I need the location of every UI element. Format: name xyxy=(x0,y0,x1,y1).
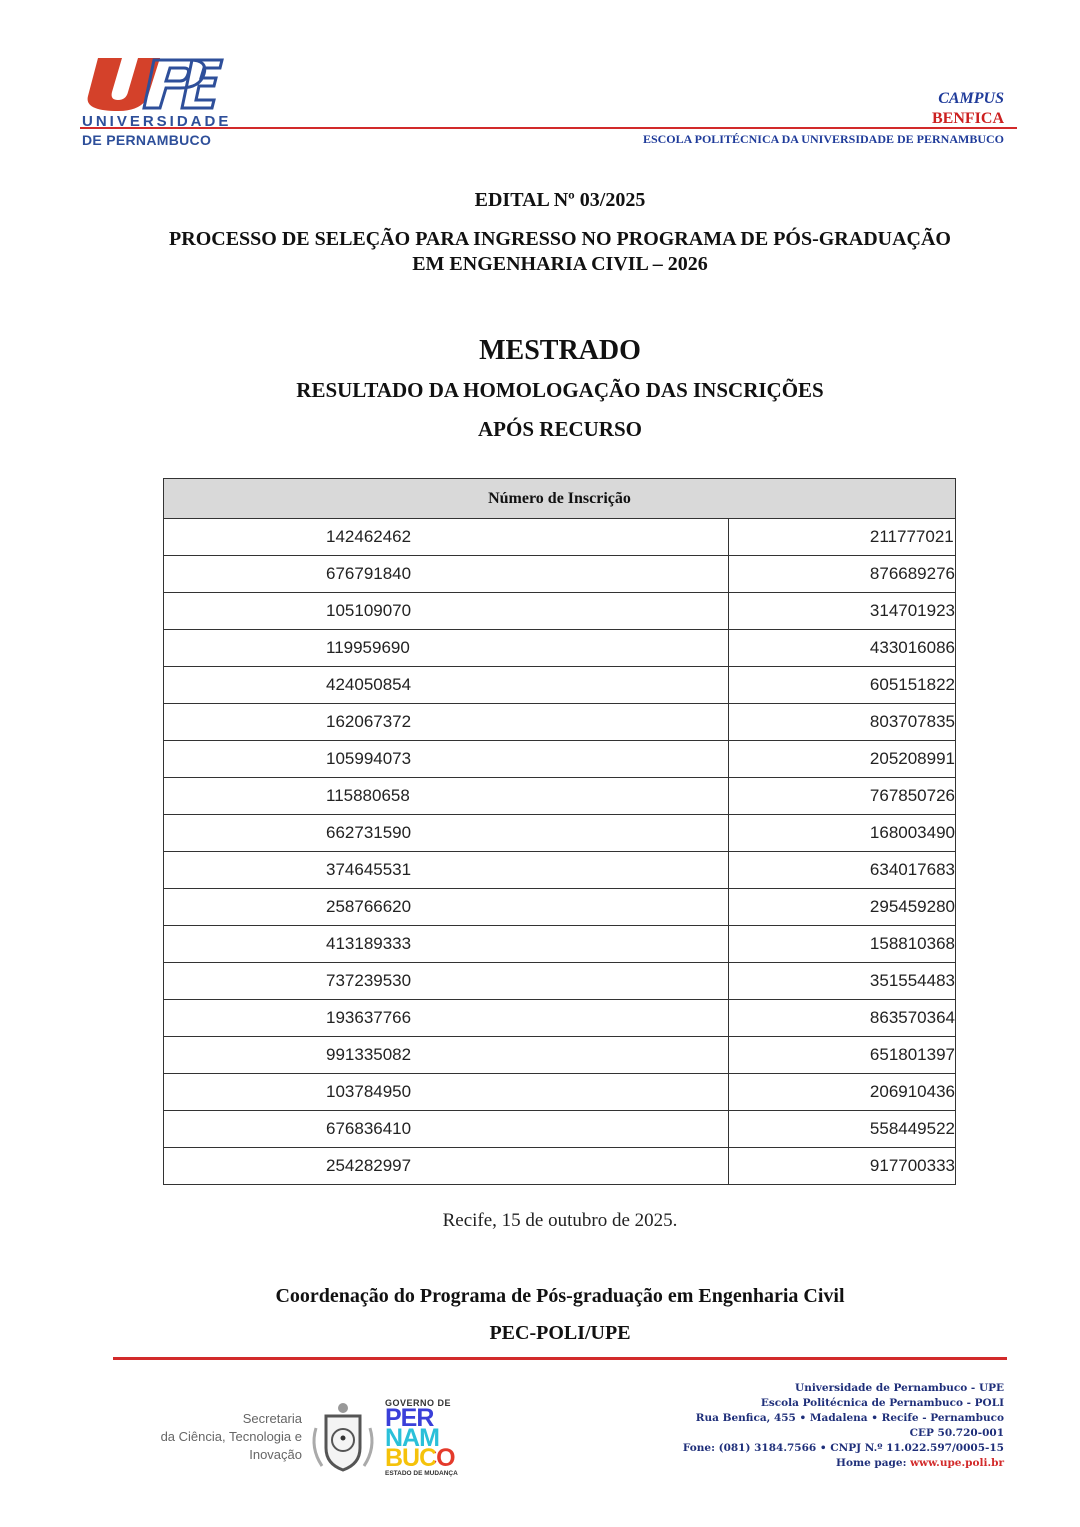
registration-number: 676791840 xyxy=(164,556,729,593)
registration-number: 119959690 xyxy=(164,630,729,667)
table-row: 676836410558449522 xyxy=(164,1111,956,1148)
secretaria-line2: da Ciência, Tecnologia e xyxy=(130,1428,302,1446)
registration-number: 676836410 xyxy=(164,1111,729,1148)
table-row: 162067372803707835 xyxy=(164,704,956,741)
registration-number: 351554483 xyxy=(728,963,955,1000)
coat-of-arms-icon xyxy=(308,1398,378,1478)
registration-number: 767850726 xyxy=(728,778,955,815)
address-line5: Fone: (081) 3184.7566 • CNPJ N.º 11.022.… xyxy=(683,1441,1004,1456)
table-row: 424050854605151822 xyxy=(164,667,956,704)
table-row: 119959690433016086 xyxy=(164,630,956,667)
registration-number: 991335082 xyxy=(164,1037,729,1074)
registration-number: 917700333 xyxy=(728,1148,955,1185)
gov-l3: BUCO xyxy=(385,1448,485,1468)
header-divider xyxy=(80,127,1017,129)
level-title: MESTRADO xyxy=(0,335,1080,367)
registration-number: 424050854 xyxy=(164,667,729,704)
process-title-line2: EM ENGENHARIA CIVIL – 2026 xyxy=(0,252,1080,277)
program-name: PEC-POLI/UPE xyxy=(0,1322,1080,1345)
registration-number: 295459280 xyxy=(728,889,955,926)
footer-divider xyxy=(113,1357,1007,1360)
registration-number: 737239530 xyxy=(164,963,729,1000)
registration-number: 158810368 xyxy=(728,926,955,963)
registration-number: 651801397 xyxy=(728,1037,955,1074)
registration-number: 558449522 xyxy=(728,1111,955,1148)
address-line2: Escola Politécnica de Pernambuco - POLI xyxy=(683,1396,1004,1411)
upe-logo-icon xyxy=(80,56,225,111)
registration-number: 105109070 xyxy=(164,593,729,630)
table-row: 193637766863570364 xyxy=(164,1000,956,1037)
governo-pernambuco-logo: GOVERNO DE PER NAM BUCO ESTADO DE MUDANÇ… xyxy=(385,1398,485,1478)
registration-number: 374645531 xyxy=(164,852,729,889)
address-line1: Universidade de Pernambuco - UPE xyxy=(683,1381,1004,1396)
registration-number: 205208991 xyxy=(728,741,955,778)
secretaria-line1: Secretaria xyxy=(130,1410,302,1428)
table-row: 142462462211777021 xyxy=(164,519,956,556)
table-row: 676791840876689276 xyxy=(164,556,956,593)
registration-number: 258766620 xyxy=(164,889,729,926)
campus-name: BENFICA xyxy=(932,110,1004,128)
registration-number: 662731590 xyxy=(164,815,729,852)
homepage: Home page: www.upe.poli.br xyxy=(683,1456,1004,1471)
campus-label: CAMPUS xyxy=(938,90,1004,108)
table-row: 254282997917700333 xyxy=(164,1148,956,1185)
registration-number: 634017683 xyxy=(728,852,955,889)
table-row: 103784950206910436 xyxy=(164,1074,956,1111)
registration-number: 105994073 xyxy=(164,741,729,778)
registration-number: 103784950 xyxy=(164,1074,729,1111)
school-name: ESCOLA POLITÉCNICA DA UNIVERSIDADE DE PE… xyxy=(643,132,1004,147)
upe-logo: UNIVERSIDADE DE PERNAMBUCO xyxy=(80,56,230,148)
homepage-link[interactable]: www.upe.poli.br xyxy=(910,1457,1004,1469)
table-row: 737239530351554483 xyxy=(164,963,956,1000)
after-appeal-title: APÓS RECURSO xyxy=(0,417,1080,442)
registration-number: 876689276 xyxy=(728,556,955,593)
table-header: Número de Inscrição xyxy=(164,479,956,519)
registration-number: 605151822 xyxy=(728,667,955,704)
table-row: 991335082651801397 xyxy=(164,1037,956,1074)
registration-number: 211777021 xyxy=(728,519,955,556)
registration-number: 314701923 xyxy=(728,593,955,630)
footer-address: Universidade de Pernambuco - UPE Escola … xyxy=(683,1381,1004,1471)
address-line4: CEP 50.720-001 xyxy=(683,1426,1004,1441)
registration-number: 193637766 xyxy=(164,1000,729,1037)
homepage-label: Home page: xyxy=(836,1457,910,1469)
registration-number: 803707835 xyxy=(728,704,955,741)
process-title: PROCESSO DE SELEÇÃO PARA INGRESSO NO PRO… xyxy=(0,227,1080,277)
edital-title: EDITAL Nº 03/2025 xyxy=(0,189,1080,212)
registration-number: 115880658 xyxy=(164,778,729,815)
registration-table: Número de Inscrição 14246246221177702167… xyxy=(163,478,956,1185)
logo-line2: DE PERNAMBUCO xyxy=(82,132,211,148)
process-title-line1: PROCESSO DE SELEÇÃO PARA INGRESSO NO PRO… xyxy=(0,227,1080,252)
registration-number: 142462462 xyxy=(164,519,729,556)
table-row: 115880658767850726 xyxy=(164,778,956,815)
table-body: 1424624622117770216767918408766892761051… xyxy=(164,519,956,1185)
registration-number: 413189333 xyxy=(164,926,729,963)
gov-bottom: ESTADO DE MUDANÇA xyxy=(385,1470,485,1477)
table-row: 374645531634017683 xyxy=(164,852,956,889)
result-title: RESULTADO DA HOMOLOGAÇÃO DAS INSCRIÇÕES xyxy=(0,378,1080,403)
address-line3: Rua Benfica, 455 • Madalena • Recife - P… xyxy=(683,1411,1004,1426)
registration-number: 206910436 xyxy=(728,1074,955,1111)
table-row: 413189333158810368 xyxy=(164,926,956,963)
registration-number: 433016086 xyxy=(728,630,955,667)
secretaria-line3: Inovação xyxy=(130,1446,302,1464)
registration-number: 168003490 xyxy=(728,815,955,852)
registration-number: 863570364 xyxy=(728,1000,955,1037)
secretaria-text: Secretaria da Ciência, Tecnologia e Inov… xyxy=(130,1410,302,1464)
place-date: Recife, 15 de outubro de 2025. xyxy=(0,1210,1080,1232)
table-row: 258766620295459280 xyxy=(164,889,956,926)
registration-number: 162067372 xyxy=(164,704,729,741)
registration-number: 254282997 xyxy=(164,1148,729,1185)
signature: Coordenação do Programa de Pós-graduação… xyxy=(0,1285,1080,1308)
table-row: 105109070314701923 xyxy=(164,593,956,630)
table-row: 662731590168003490 xyxy=(164,815,956,852)
table-row: 105994073205208991 xyxy=(164,741,956,778)
